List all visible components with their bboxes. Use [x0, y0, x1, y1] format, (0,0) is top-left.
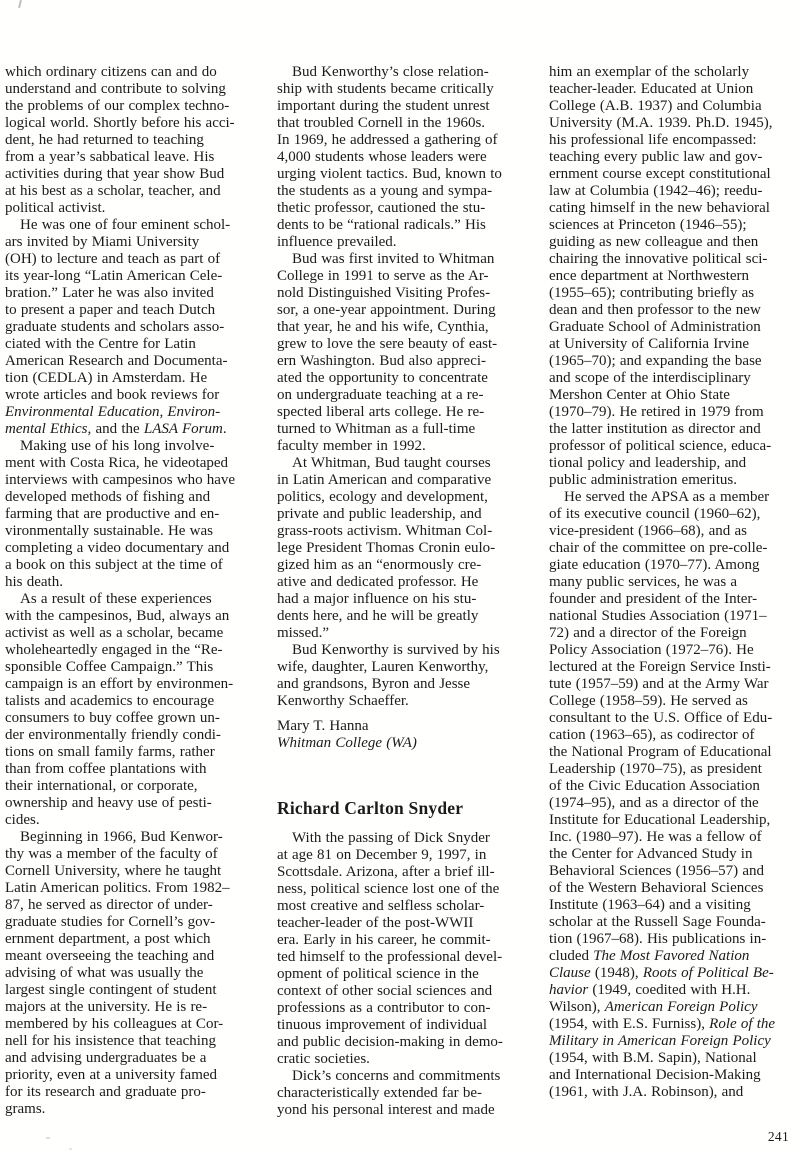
text-line: dent, he had returned to teaching	[5, 132, 238, 149]
text-line: der environmentally friendly condi-	[5, 727, 238, 744]
text-line: (1954, with E.S. Furniss), Role of the	[549, 1016, 795, 1033]
text-line: Making use of his long involve-	[5, 438, 238, 455]
text-line: Mershon Center at Ohio State	[549, 387, 795, 404]
text-line: interviews with campesinos who have	[5, 472, 238, 489]
text-line: consumers to buy coffee grown un-	[5, 710, 238, 727]
text-line: many public services, he was a	[549, 574, 795, 591]
text-line: ship with students became critically	[277, 81, 510, 98]
text-line: the latter institution as director and	[549, 421, 795, 438]
text-line: yond his personal interest and made	[277, 1102, 510, 1119]
text-line: (1974–95), and as a director of the	[549, 795, 795, 812]
text-line: the problems of our complex techno-	[5, 98, 238, 115]
text-line: his professional life encompassed:	[549, 132, 795, 149]
text-line: (1954, with B.M. Sapin), National	[549, 1050, 795, 1067]
text-line: vice-president (1966–68), and as	[549, 523, 795, 540]
text-line: tional policy and leadership, and	[549, 455, 795, 472]
text-line: ence department at Northwestern	[549, 268, 795, 285]
text-line: cation (1963–65), as codirector of	[549, 727, 795, 744]
text-line: that year, he and his wife, Cynthia,	[277, 319, 510, 336]
text-line: ownership and heavy use of pesti-	[5, 795, 238, 812]
text-line: logical world. Shortly before his acci-	[5, 115, 238, 132]
text-line: lectured at the Foreign Service Insti-	[549, 659, 795, 676]
text-line: had a major influence on his stu-	[277, 591, 510, 608]
scan-artifact	[69, 1148, 72, 1150]
text-line: sciences at Princeton (1946–55);	[549, 217, 795, 234]
text-line: sor, a one-year appointment. During	[277, 302, 510, 319]
text-line: Graduate School of Administration	[549, 319, 795, 336]
text-line: 72) and a director of the Foreign	[549, 625, 795, 642]
text-line: from a year’s sabbatical leave. His	[5, 149, 238, 166]
text-line: and grandsons, Byron and Jesse	[277, 676, 510, 693]
text-line: University (M.A. 1939. Ph.D. 1945),	[549, 115, 795, 132]
text-line: and International Decision-Making	[549, 1067, 795, 1084]
text-line: of the Western Behavioral Sciences	[549, 880, 795, 897]
text-line: completing a video documentary and	[5, 540, 238, 557]
journal-page: which ordinary citizens can and dounders…	[0, 0, 800, 1151]
text-line: Wilson), American Foreign Policy	[549, 999, 795, 1016]
text-line: ciated with the Centre for Latin	[5, 336, 238, 353]
text-line: private and public leadership, and	[277, 506, 510, 523]
text-line: sponsible Coffee Campaign.” This	[5, 659, 238, 676]
text-line: wrote articles and book reviews for	[5, 387, 238, 404]
text-line: Military in American Foreign Policy	[549, 1033, 795, 1050]
text-line: ars invited by Miami University	[5, 234, 238, 251]
paragraph: Making use of his long involve-ment with…	[5, 438, 238, 591]
text-line: ernment course except constitutional	[549, 166, 795, 183]
text-line: Bud Kenworthy is survived by his	[277, 642, 510, 659]
text-line: ated the opportunity to concentrate	[277, 370, 510, 387]
obituary-heading: Richard Carlton Snyder	[277, 798, 510, 818]
text-line: ness, political science lost one of the	[277, 881, 510, 898]
text-line: era. Early in his career, he commit-	[277, 932, 510, 949]
text-line: Environmental Education, Environ-	[5, 404, 238, 421]
text-line: developed methods of fishing and	[5, 489, 238, 506]
text-line: ern Washington. Bud also appreci-	[277, 353, 510, 370]
text-line: consultant to the U.S. Office of Edu-	[549, 710, 795, 727]
text-line: influence prevailed.	[277, 234, 510, 251]
text-line: meant overseeing the teaching and	[5, 948, 238, 965]
text-line: guiding as new colleague and then	[549, 234, 795, 251]
text-line: (1970–79). He retired in 1979 from	[549, 404, 795, 421]
text-line: opment of political science in the	[277, 966, 510, 983]
paragraph: He served the APSA as a memberof its exe…	[549, 489, 795, 1101]
text-line: membered by his colleagues at Cor-	[5, 1016, 238, 1033]
text-line: havior (1949, coedited with H.H.	[549, 982, 795, 999]
paragraph: As a result of these experienceswith the…	[5, 591, 238, 829]
text-line: teaching every public law and gov-	[549, 149, 795, 166]
text-line: ernment department, a post which	[5, 931, 238, 948]
text-line: bration.” Later he was also invited	[5, 285, 238, 302]
text-line: thy was a member of the faculty of	[5, 846, 238, 863]
text-line: lege President Thomas Cronin eulo-	[277, 540, 510, 557]
text-line: law at Columbia (1942–46); reedu-	[549, 183, 795, 200]
text-line: As a result of these experiences	[5, 591, 238, 608]
paragraph: Dick’s concerns and commitmentscharacter…	[277, 1068, 510, 1119]
text-line: for its research and graduate pro-	[5, 1084, 238, 1101]
text-line: Cornell University, where he taught	[5, 863, 238, 880]
text-line: wholeheartedly engaged in the “Re-	[5, 642, 238, 659]
text-line: its year-long “Latin American Cele-	[5, 268, 238, 285]
text-line: tute (1957–59) and at the Army War	[549, 676, 795, 693]
text-line: with the campesinos, Bud, always an	[5, 608, 238, 625]
text-line: the students as a young and sympa-	[277, 183, 510, 200]
text-line: chair of the committee on pre-colle-	[549, 540, 795, 557]
text-line: graduate students and scholars asso-	[5, 319, 238, 336]
text-line: context of other social sciences and	[277, 983, 510, 1000]
text-line: public administration emeritus.	[549, 472, 795, 489]
text-line: Leadership (1970–75), as president	[549, 761, 795, 778]
text-line: in Latin American and comparative	[277, 472, 510, 489]
text-line: dents to be “rational radicals.” His	[277, 217, 510, 234]
text-line: thetic professor, cautioned the stu-	[277, 200, 510, 217]
text-line: to present a paper and teach Dutch	[5, 302, 238, 319]
text-line: at University of California Irvine	[549, 336, 795, 353]
text-line: He was one of four eminent schol-	[5, 217, 238, 234]
text-line: grams.	[5, 1101, 238, 1118]
signature-block: Mary T. HannaWhitman College (WA)	[277, 718, 510, 752]
text-line: scholar at the Russell Sage Founda-	[549, 914, 795, 931]
text-line: 87, he served as director of under-	[5, 897, 238, 914]
text-line: tinuous improvement of individual	[277, 1017, 510, 1034]
text-line: priority, even at a university famed	[5, 1067, 238, 1084]
text-line: and advising undergraduates be a	[5, 1050, 238, 1067]
text-line: ment with Costa Rica, he videotaped	[5, 455, 238, 472]
text-line: turned to Whitman as a full-time	[277, 421, 510, 438]
text-line: cratic societies.	[277, 1051, 510, 1068]
text-line: urging violent tactics. Bud, known to	[277, 166, 510, 183]
text-line: (1955–65); contributing briefly as	[549, 285, 795, 302]
text-line: Behavioral Sciences (1956–57) and	[549, 863, 795, 880]
text-line: College (A.B. 1937) and Columbia	[549, 98, 795, 115]
text-line: dean and then professor to the new	[549, 302, 795, 319]
text-line: vironmentally sustainable. He was	[5, 523, 238, 540]
text-line: Scottsdale. Arizona, after a brief ill-	[277, 864, 510, 881]
text-line: dents here, and he will be greatly	[277, 608, 510, 625]
text-line: founder and president of the Inter-	[549, 591, 795, 608]
text-line: (1961, with J.A. Robinson), and	[549, 1084, 795, 1101]
text-line: cating himself in the new behavioral	[549, 200, 795, 217]
text-line: activities during that year show Bud	[5, 166, 238, 183]
column-right: him an exemplar of the scholarlyteacher-…	[549, 64, 795, 1101]
text-line: talists and academics to encourage	[5, 693, 238, 710]
text-line: (OH) to lecture and teach as part of	[5, 251, 238, 268]
text-line: at his best as a scholar, teacher, and	[5, 183, 238, 200]
text-line: political activist.	[5, 200, 238, 217]
text-line: mental Ethics, and the LASA Forum.	[5, 421, 238, 438]
text-line: professions as a contributor to con-	[277, 1000, 510, 1017]
text-line: Dick’s concerns and commitments	[277, 1068, 510, 1085]
text-line: nold Distinguished Visiting Profes-	[277, 285, 510, 302]
text-line: Latin American politics. From 1982–	[5, 880, 238, 897]
text-line: largest single contingent of student	[5, 982, 238, 999]
text-line: Kenworthy Schaeffer.	[277, 693, 510, 710]
text-line: campaign is an effort by environmen-	[5, 676, 238, 693]
text-line: College (1958–59). He served as	[549, 693, 795, 710]
column-left: which ordinary citizens can and dounders…	[5, 64, 238, 1118]
paragraph: Bud Kenworthy’s close relation-ship with…	[277, 64, 510, 251]
text-line: gized him as an “enormously cre-	[277, 557, 510, 574]
text-line: grew to love the sere beauty of east-	[277, 336, 510, 353]
text-line: With the passing of Dick Snyder	[277, 830, 510, 847]
text-line: most creative and selfless scholar-	[277, 898, 510, 915]
text-line: the National Program of Educational	[549, 744, 795, 761]
text-line: politics, ecology and development,	[277, 489, 510, 506]
text-line: his death.	[5, 574, 238, 591]
scan-artifact	[46, 1137, 50, 1139]
text-line: of the Civic Education Association	[549, 778, 795, 795]
text-line: Mary T. Hanna	[277, 718, 510, 735]
text-line: wife, daughter, Lauren Kenworthy,	[277, 659, 510, 676]
paragraph: Bud was first invited to WhitmanCollege …	[277, 251, 510, 455]
text-line: ted himself to the professional devel-	[277, 949, 510, 966]
text-line: professor of political science, educa-	[549, 438, 795, 455]
scan-artifact	[18, 0, 22, 8]
text-line: and public decision-making in demo-	[277, 1034, 510, 1051]
text-line: He served the APSA as a member	[549, 489, 795, 506]
text-line: and scope of the interdisciplinary	[549, 370, 795, 387]
text-line: teacher-leader of the post-WWII	[277, 915, 510, 932]
text-line: graduate studies for Cornell’s gov-	[5, 914, 238, 931]
text-line: than from coffee plantations with	[5, 761, 238, 778]
text-line: a book on this subject at the time of	[5, 557, 238, 574]
text-line: activist as well as a scholar, became	[5, 625, 238, 642]
paragraph: He was one of four eminent schol-ars inv…	[5, 217, 238, 438]
text-line: giate education (1970–77). Among	[549, 557, 795, 574]
text-line: advising of what was usually the	[5, 965, 238, 982]
column-center: Bud Kenworthy’s close relation-ship with…	[277, 64, 510, 1119]
text-line: at age 81 on December 9, 1997, in	[277, 847, 510, 864]
text-line: which ordinary citizens can and do	[5, 64, 238, 81]
text-line: Inc. (1980–97). He was a fellow of	[549, 829, 795, 846]
page-number: 241	[768, 1128, 789, 1145]
text-line: ative and dedicated professor. He	[277, 574, 510, 591]
text-line: Institute for Educational Leadership,	[549, 812, 795, 829]
text-line: on undergraduate teaching at a re-	[277, 387, 510, 404]
paragraph: At Whitman, Bud taught coursesin Latin A…	[277, 455, 510, 642]
text-line: American Research and Documenta-	[5, 353, 238, 370]
text-line: their international, or corporate,	[5, 778, 238, 795]
text-line: tion (1967–68). His publications in-	[549, 931, 795, 948]
text-line: tion (CEDLA) in Amsterdam. He	[5, 370, 238, 387]
text-line: tions on small family farms, rather	[5, 744, 238, 761]
text-line: Bud was first invited to Whitman	[277, 251, 510, 268]
text-line: nell for his insistence that teaching	[5, 1033, 238, 1050]
text-line: him an exemplar of the scholarly	[549, 64, 795, 81]
text-line: cluded The Most Favored Nation	[549, 948, 795, 965]
text-line: Bud Kenworthy’s close relation-	[277, 64, 510, 81]
text-line: important during the student unrest	[277, 98, 510, 115]
text-line: of its executive council (1960–62),	[549, 506, 795, 523]
text-line: that troubled Cornell in the 1960s.	[277, 115, 510, 132]
text-line: missed.”	[277, 625, 510, 642]
text-line: national Studies Association (1971–	[549, 608, 795, 625]
text-line: Beginning in 1966, Bud Kenwor-	[5, 829, 238, 846]
paragraph: Bud Kenworthy is survived by hiswife, da…	[277, 642, 510, 710]
text-line: majors at the university. He is re-	[5, 999, 238, 1016]
text-line: teacher-leader. Educated at Union	[549, 81, 795, 98]
text-line: cides.	[5, 812, 238, 829]
text-line: spected liberal arts college. He re-	[277, 404, 510, 421]
paragraph: With the passing of Dick Snyderat age 81…	[277, 830, 510, 1068]
text-line: At Whitman, Bud taught courses	[277, 455, 510, 472]
paragraph: him an exemplar of the scholarlyteacher-…	[549, 64, 795, 489]
text-line: chairing the innovative political sci-	[549, 251, 795, 268]
paragraph: which ordinary citizens can and dounders…	[5, 64, 238, 217]
text-line: 4,000 students whose leaders were	[277, 149, 510, 166]
text-line: understand and contribute to solving	[5, 81, 238, 98]
text-line: Whitman College (WA)	[277, 735, 510, 752]
text-line: Institute (1963–64) and a visiting	[549, 897, 795, 914]
text-line: the Center for Advanced Study in	[549, 846, 795, 863]
paragraph: Beginning in 1966, Bud Kenwor-thy was a …	[5, 829, 238, 1118]
text-line: grass-roots activism. Whitman Col-	[277, 523, 510, 540]
text-line: Policy Association (1972–76). He	[549, 642, 795, 659]
text-line: Clause (1948), Roots of Political Be-	[549, 965, 795, 982]
text-line: In 1969, he addressed a gathering of	[277, 132, 510, 149]
text-line: faculty member in 1992.	[277, 438, 510, 455]
text-line: College in 1991 to serve as the Ar-	[277, 268, 510, 285]
text-line: characteristically extended far be-	[277, 1085, 510, 1102]
text-line: farming that are productive and en-	[5, 506, 238, 523]
text-line: (1965–70); and expanding the base	[549, 353, 795, 370]
